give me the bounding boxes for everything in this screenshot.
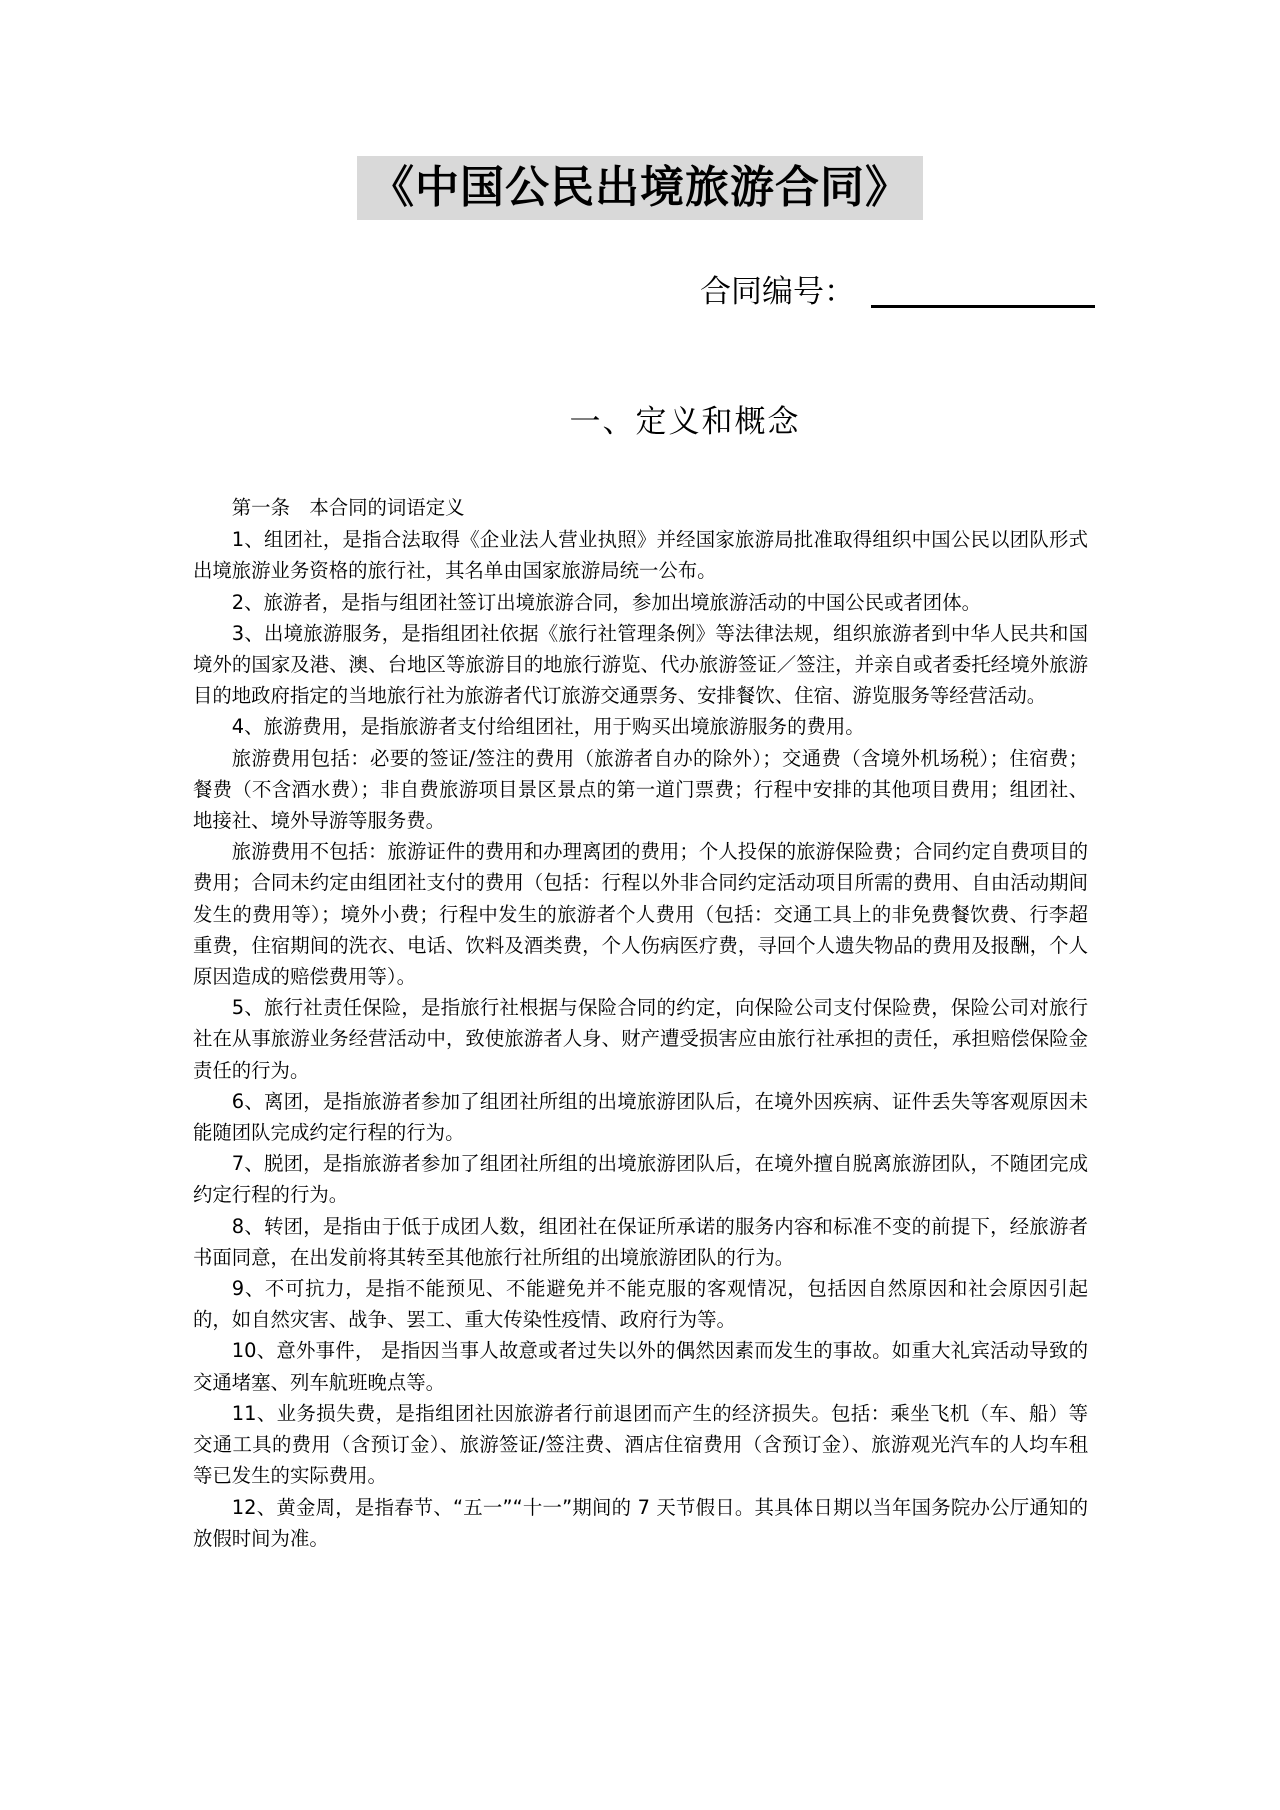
document-title: 《中国公民出境旅游合同》 xyxy=(370,166,910,210)
title-banner: 《中国公民出境旅游合同》 xyxy=(357,156,923,220)
contract-number-row: 合同编号： xyxy=(700,268,1095,312)
section-heading: 一、定义和概念 xyxy=(0,400,1280,444)
definition-paragraph-3: 3、出境旅游服务，是指组团社依据《旅行社管理条例》等法律法规，组织旅游者到中华人… xyxy=(193,618,1088,712)
fees-excluded-paragraph: 旅游费用不包括：旅游证件的费用和办理离团的费用；个人投保的旅游保险费；合同约定自… xyxy=(193,836,1088,992)
document-page: 《中国公民出境旅游合同》 合同编号： 一、定义和概念 第一条 本合同的词语定义 … xyxy=(0,0,1280,1810)
definition-paragraph-5: 5、旅行社责任保险，是指旅行社根据与保险合同的约定，向保险公司支付保险费，保险公… xyxy=(193,992,1088,1086)
definition-paragraph-1: 1、组团社，是指合法取得《企业法人营业执照》并经国家旅游局批准取得组织中国公民以… xyxy=(193,524,1088,586)
article-heading: 第一条 本合同的词语定义 xyxy=(193,492,1088,523)
definition-paragraph-9: 9、不可抗力，是指不能预见、不能避免并不能克服的客观情况，包括因自然原因和社会原… xyxy=(193,1273,1088,1335)
definition-paragraph-10: 10、意外事件， 是指因当事人故意或者过失以外的偶然因素而发生的事故。如重大礼宾… xyxy=(193,1335,1088,1397)
fees-included-paragraph: 旅游费用包括：必要的签证/签注的费用（旅游者自办的除外）；交通费（含境外机场税）… xyxy=(193,743,1088,837)
document-body: 第一条 本合同的词语定义 1、组团社，是指合法取得《企业法人营业执照》并经国家旅… xyxy=(193,492,1088,1554)
definition-paragraph-6: 6、离团，是指旅游者参加了组团社所组的出境旅游团队后，在境外因疾病、证件丢失等客… xyxy=(193,1086,1088,1148)
definition-paragraph-8: 8、转团，是指由于低于成团人数，组团社在保证所承诺的服务内容和标准不变的前提下，… xyxy=(193,1211,1088,1273)
contract-number-blank-line xyxy=(871,305,1095,308)
definition-paragraph-4: 4、旅游费用，是指旅游者支付给组团社，用于购买出境旅游服务的费用。 xyxy=(193,711,1088,742)
definition-paragraph-11: 11、业务损失费，是指组团社因旅游者行前退团而产生的经济损失。包括：乘坐飞机（车… xyxy=(193,1398,1088,1492)
definition-paragraph-7: 7、脱团，是指旅游者参加了组团社所组的出境旅游团队后，在境外擅自脱离旅游团队，不… xyxy=(193,1148,1088,1210)
contract-number-label: 合同编号： xyxy=(700,272,855,312)
definition-paragraph-2: 2、旅游者，是指与组团社签订出境旅游合同，参加出境旅游活动的中国公民或者团体。 xyxy=(193,587,1088,618)
definition-paragraph-12: 12、黄金周，是指春节、“五一”“十一”期间的 7 天节假日。其具体日期以当年国… xyxy=(193,1492,1088,1554)
